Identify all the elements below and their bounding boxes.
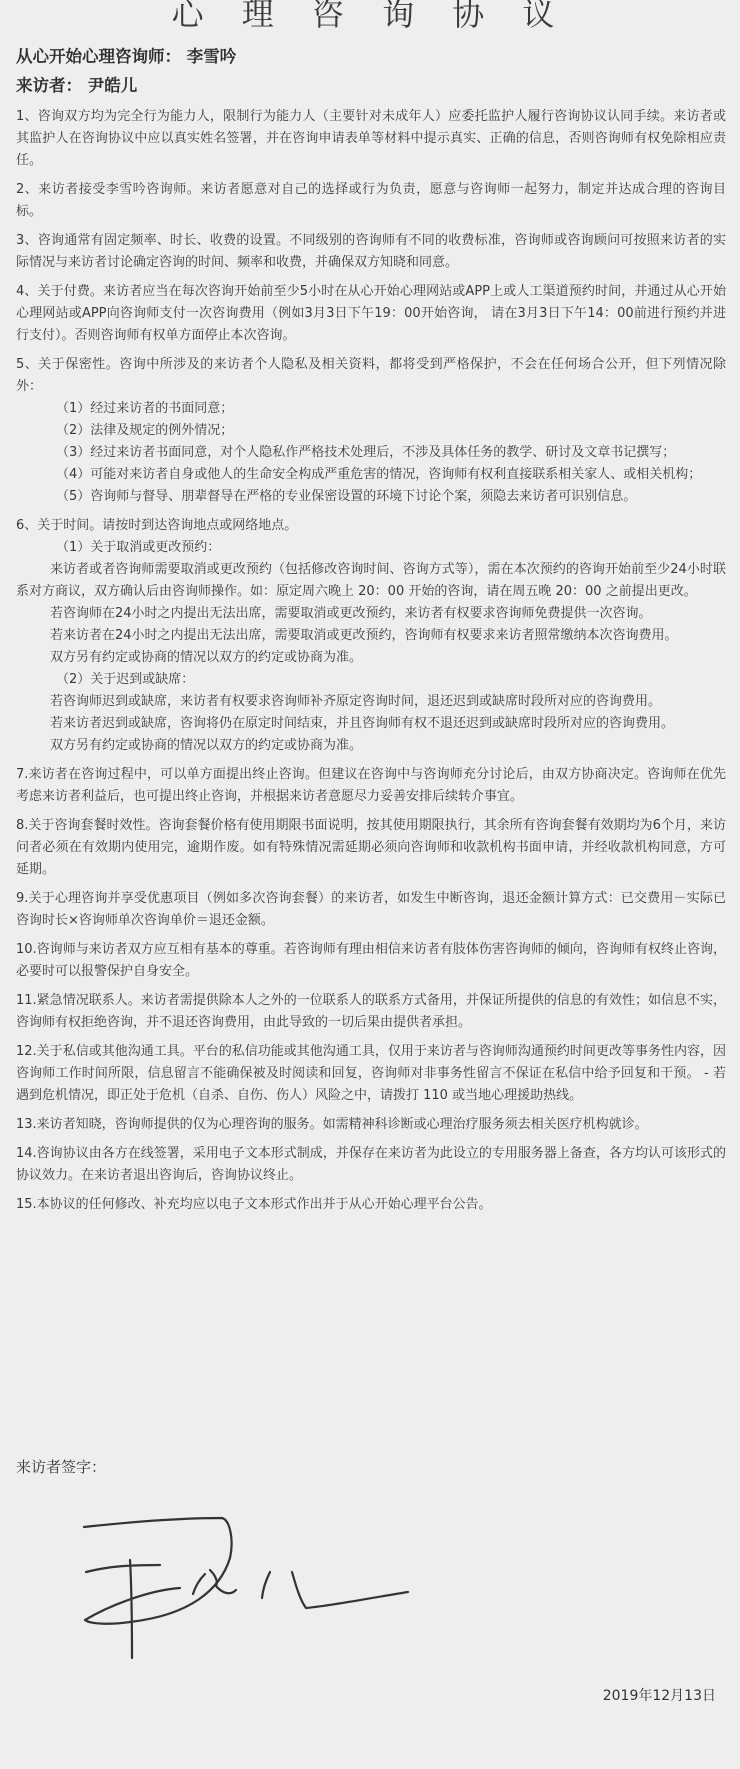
clause-15: 15.本协议的任何修改、补充均应以电子文本形式作出并于从心开始心理平台公告。 bbox=[16, 1194, 726, 1216]
clause-6-text: 若来访者在24小时之内提出无法出席，需要取消或更改预约，咨询师有权要求来访者照常… bbox=[16, 625, 726, 647]
clause-3: 3、咨询通常有固定频率、时长、收费的设置。不同级别的咨询师有不同的收费标准，咨询… bbox=[16, 230, 726, 274]
clause-5: 5、关于保密性。咨询中所涉及的来访者个人隐私及相关资料，都将受到严格保护，不会在… bbox=[16, 354, 726, 508]
clause-6-sub-2: （2）关于迟到或缺席： bbox=[16, 669, 726, 691]
clause-9: 9.关于心理咨询并享受优惠项目（例如多次咨询套餐）的来访者，如发生中断咨询，退还… bbox=[16, 888, 726, 932]
agreement-body: 1、咨询双方均为完全行为能力人，限制行为能力人（主要针对未成年人）应委托监护人履… bbox=[16, 106, 726, 1223]
client-line: 来访者： 尹皓儿 bbox=[16, 75, 137, 97]
signature-label: 来访者签字： bbox=[16, 1456, 106, 1478]
clause-5-item-5: （5）咨询师与督导、朋辈督导在严格的专业保密设置的环境下讨论个案，须隐去来访者可… bbox=[16, 486, 726, 508]
document-title: 心 理 咨 询 协 议 bbox=[0, 0, 740, 34]
clause-11: 11.紧急情况联系人。来访者需提供除本人之外的一位联系人的联系方式备用，并保证所… bbox=[16, 990, 726, 1034]
clause-6: 6、关于时间。请按时到达咨询地点或网络地点。 （1）关于取消或更改预约： 来访者… bbox=[16, 515, 726, 757]
clause-5-item-1: （1）经过来访者的书面同意； bbox=[16, 398, 726, 420]
clause-7: 7.来访者在咨询过程中，可以单方面提出终止咨询。但建议在咨询中与咨询师充分讨论后… bbox=[16, 764, 726, 808]
clause-6-text: 若咨询师迟到或缺席，来访者有权要求咨询师补齐原定咨询时间，退还迟到或缺席时段所对… bbox=[16, 691, 726, 713]
clause-5-item-4: （4）可能对来访者自身或他人的生命安全构成严重危害的情况，咨询师有权利直接联系相… bbox=[16, 464, 726, 486]
clause-6-text: 来访者或者咨询师需要取消或更改预约（包括修改咨询时间、咨询方式等），需在本次预约… bbox=[16, 559, 726, 603]
clause-8: 8.关于咨询套餐时效性。咨询套餐价格有使用期限书面说明，按其使用期限执行，其余所… bbox=[16, 815, 726, 881]
clause-4: 4、关于付费。来访者应当在每次咨询开始前至少5小时在从心开始心理网站或APP上或… bbox=[16, 281, 726, 347]
handwritten-signature bbox=[70, 1510, 450, 1670]
clause-6-intro: 6、关于时间。请按时到达咨询地点或网络地点。 bbox=[16, 515, 726, 537]
clause-2: 2、来访者接受李雪吟咨询师。来访者愿意对自己的选择或行为负责，愿意与咨询师一起努… bbox=[16, 179, 726, 223]
counselor-line: 从心开始心理咨询师： 李雪吟 bbox=[16, 46, 236, 68]
clause-6-sub-1: （1）关于取消或更改预约： bbox=[16, 537, 726, 559]
clause-14: 14.咨询协议由各方在线签署，采用电子文本形式制成，并保存在来访者为此设立的专用… bbox=[16, 1143, 726, 1187]
clause-10: 10.咨询师与来访者双方应互相有基本的尊重。若咨询师有理由相信来访者有肢体伤害咨… bbox=[16, 939, 726, 983]
clause-13: 13.来访者知晓，咨询师提供的仅为心理咨询的服务。如需精神科诊断或心理治疗服务须… bbox=[16, 1114, 726, 1136]
clause-6-text: 若来访者迟到或缺席，咨询将仍在原定时间结束，并且咨询师有权不退还迟到或缺席时段所… bbox=[16, 713, 726, 735]
clause-12: 12.关于私信或其他沟通工具。平台的私信功能或其他沟通工具，仅用于来访者与咨询师… bbox=[16, 1041, 726, 1107]
clause-5-item-2: （2）法律及规定的例外情况； bbox=[16, 420, 726, 442]
clause-5-item-3: （3）经过来访者书面同意，对个人隐私作严格技术处理后，不涉及具体任务的教学、研讨… bbox=[16, 442, 726, 464]
signing-date: 2019年12月13日 bbox=[603, 1685, 716, 1705]
clause-5-intro: 5、关于保密性。咨询中所涉及的来访者个人隐私及相关资料，都将受到严格保护，不会在… bbox=[16, 354, 726, 398]
clause-6-text: 若咨询师在24小时之内提出无法出席，需要取消或更改预约，来访者有权要求咨询师免费… bbox=[16, 603, 726, 625]
clause-6-text: 双方另有约定或协商的情况以双方的约定或协商为准。 bbox=[16, 647, 726, 669]
clause-1: 1、咨询双方均为完全行为能力人，限制行为能力人（主要针对未成年人）应委托监护人履… bbox=[16, 106, 726, 172]
clause-6-text: 双方另有约定或协商的情况以双方的约定或协商为准。 bbox=[16, 735, 726, 757]
